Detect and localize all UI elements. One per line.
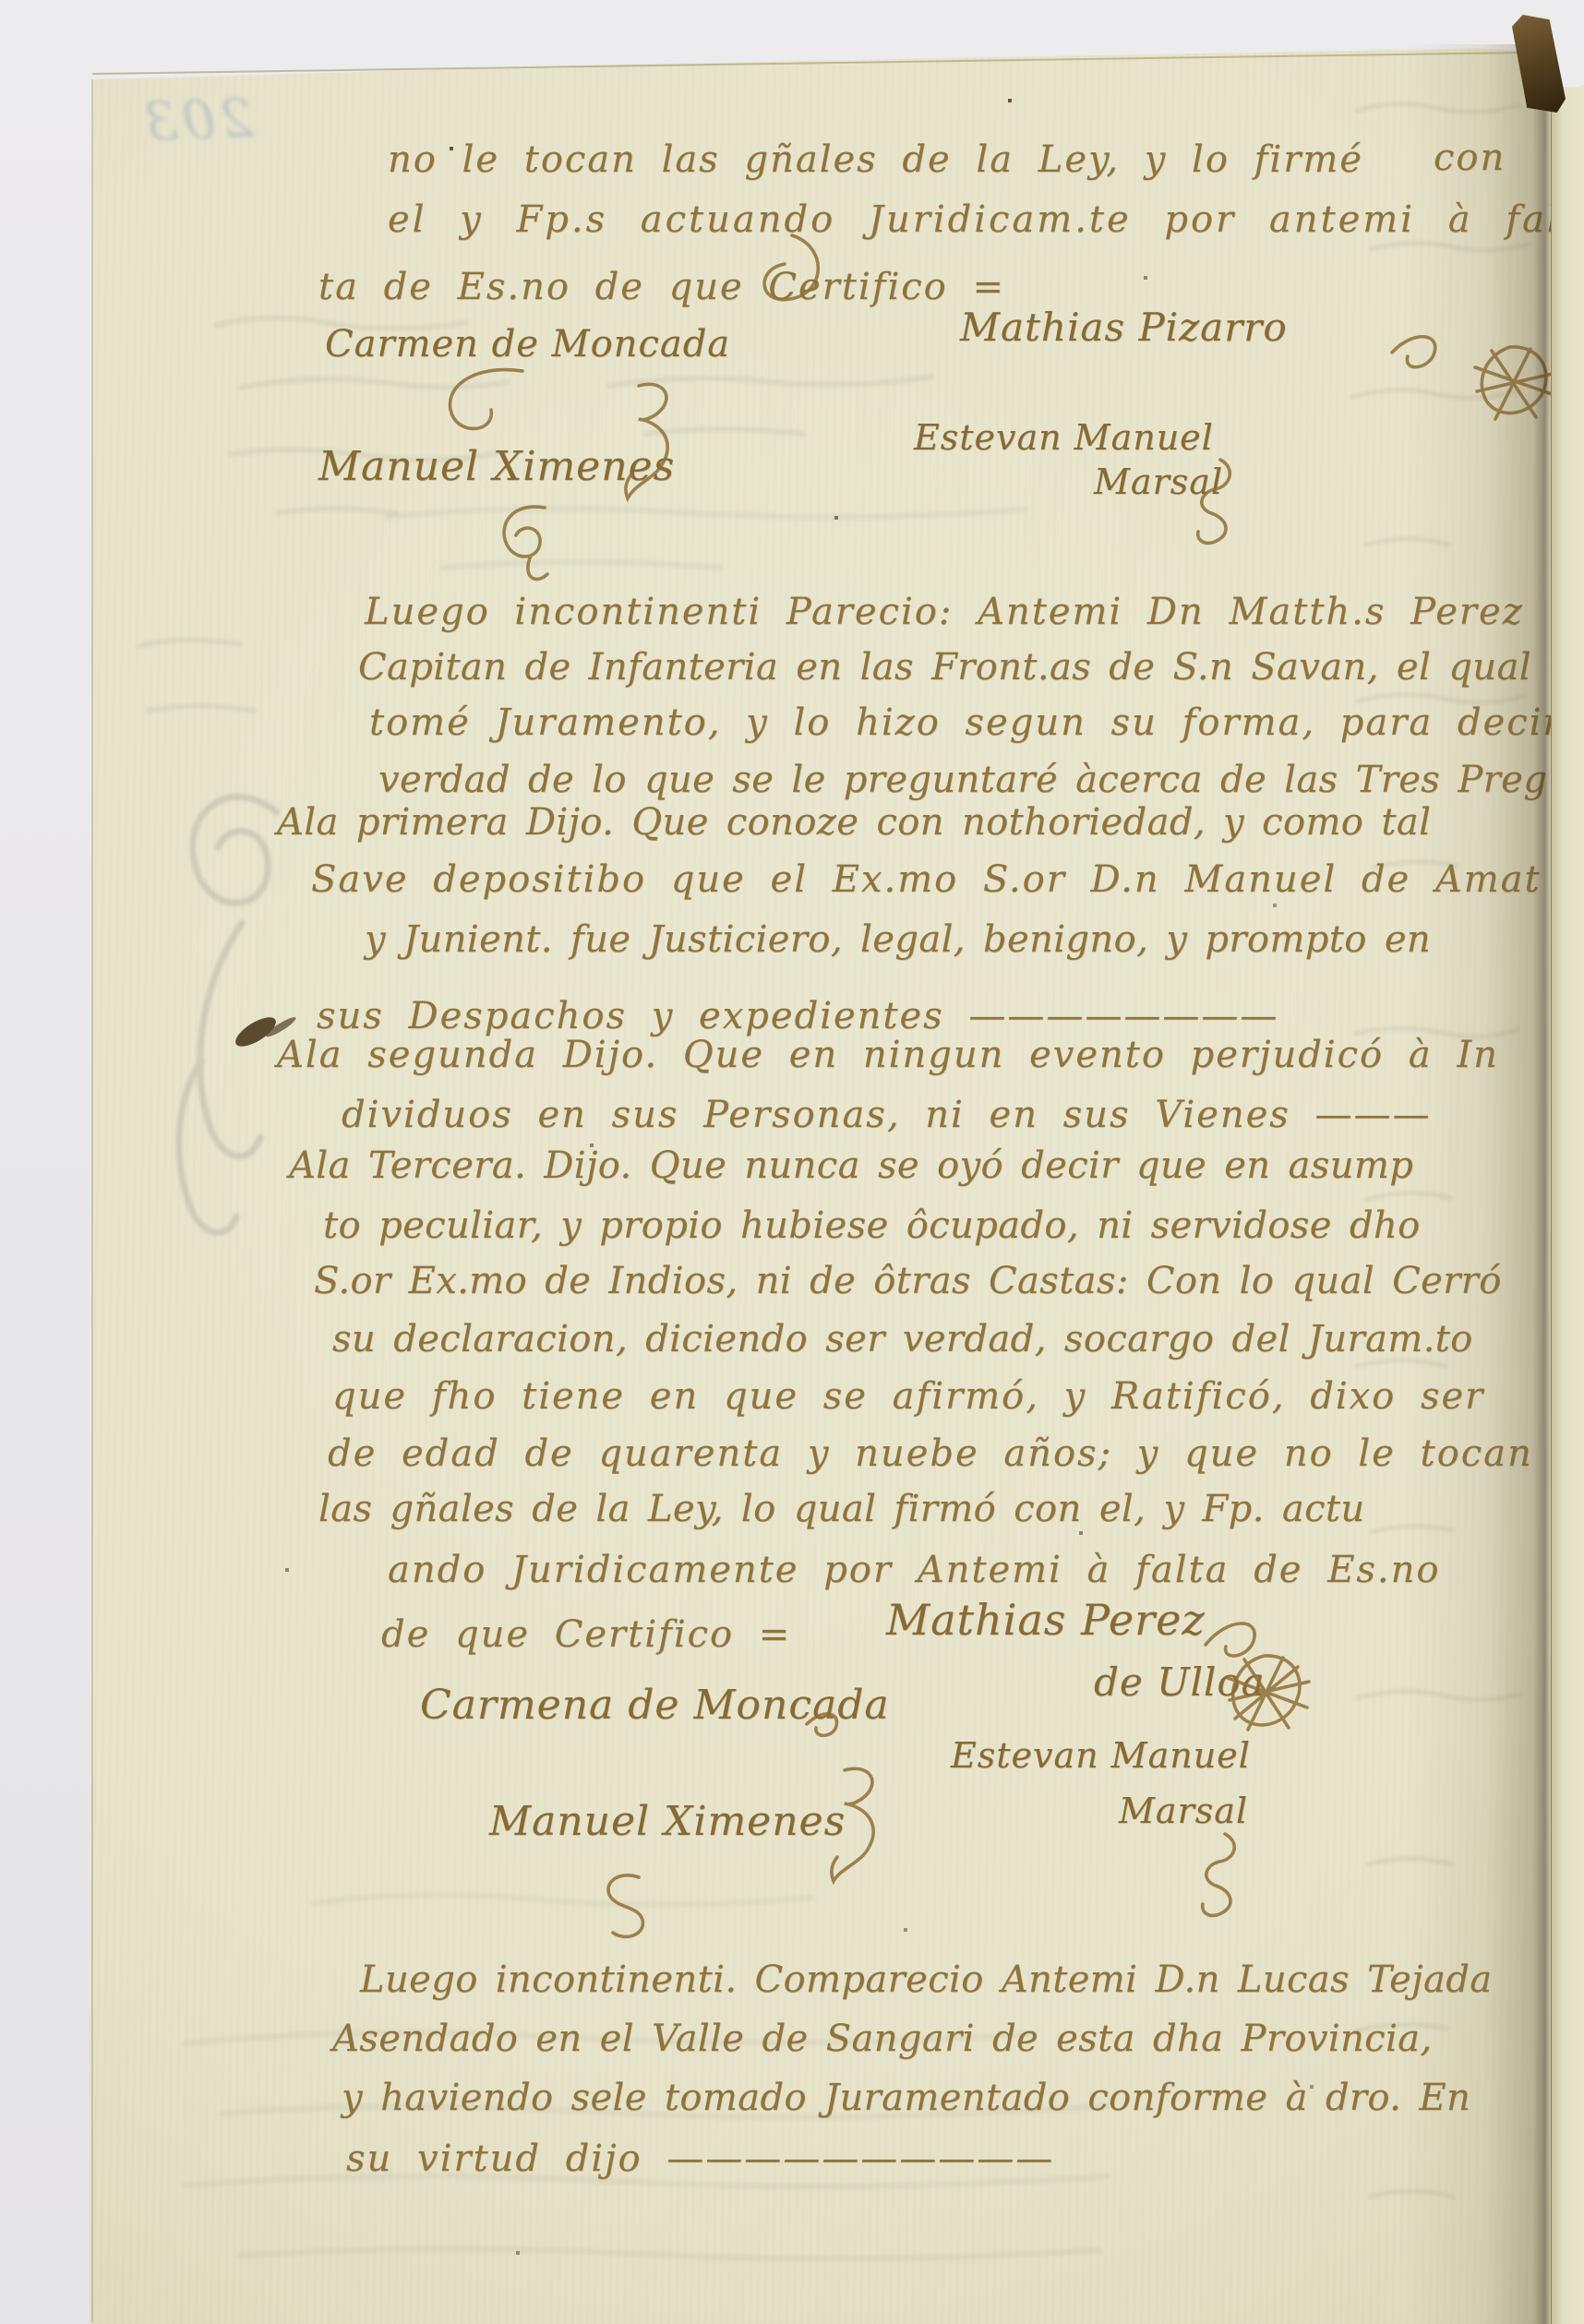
adjacent-page-edge [1551, 85, 1584, 2324]
manuscript-line: Ala primera Dijo. Que conoze con nothori… [277, 801, 1431, 844]
manuscript-line: de edad de quarenta y nuebe años; y que … [328, 1432, 1533, 1475]
manuscript-line: S.or Ex.mo de Indios, ni de ôtras Castas… [314, 1260, 1502, 1302]
signature-marsal-2: Marsal [1119, 1791, 1248, 1831]
signature-carmena-de-moncada: Carmena de Moncada [420, 1682, 890, 1729]
manuscript-line: ando Juridicamente por Antemi à falta de… [388, 1549, 1440, 1591]
manuscript-line: no le tocan las gñales de la Ley, y lo f… [388, 138, 1363, 181]
manuscript-line: y Junient. fue Justiciero, legal, benign… [365, 918, 1431, 961]
signature-mathias-perez: Mathias Perez [886, 1595, 1206, 1645]
manuscript-line: Asendado en el Valle de Sangari de esta … [332, 2018, 1433, 2060]
manuscript-line: ta de Es.no de que Certifico = [318, 266, 1005, 308]
signature-estevan-manuel: Estevan Manuel [914, 417, 1214, 458]
manuscript-scan: 203 no le tocan las gñales de la Ley, y … [0, 0, 1584, 2324]
manuscript-line: Luego incontinenti Parecio: Antemi Dn Ma… [365, 591, 1524, 633]
manuscript-line: Capitan de Infanteria en las Front.as de… [358, 646, 1531, 689]
manuscript-line: de que Certifico = [381, 1613, 791, 1656]
paper-left-edge [91, 79, 93, 2322]
signature-mathias-pizarro: Mathias Pizarro [960, 305, 1288, 350]
signature-manuel-ximenes-2: Manuel Ximenes [489, 1798, 846, 1845]
signature-manuel-ximenes: Manuel Ximenes [318, 443, 675, 490]
manuscript-line: Luego incontinenti. Comparecio Antemi D.… [360, 1959, 1492, 2001]
manuscript-line: Ala Tercera. Dijo. Que nunca se oyó deci… [289, 1144, 1413, 1187]
signature-de-ulloa: de Ulloa [1094, 1659, 1266, 1705]
manuscript-line: y haviendo sele tomado Juramentado confo… [342, 2077, 1470, 2119]
manuscript-line: Ala segunda Dijo. Que en ningun evento p… [277, 1034, 1499, 1076]
manuscript-line: el y Fp.s actuando Juridicam.te por ante… [388, 198, 1562, 241]
manuscript-line: que fho tiene en que se afirmó, y Ratifi… [332, 1375, 1484, 1418]
signature-marsal: Marsal [1094, 461, 1223, 502]
manuscript-line: sus Despachos y expedientes ———————— [317, 995, 1278, 1037]
manuscript-line: Save depositibo que el Ex.mo S.or D.n Ma… [311, 858, 1542, 901]
manuscript-line: su virtud dijo —————————— [346, 2138, 1054, 2180]
manuscript-line: su declaracion, diciendo ser verdad, soc… [332, 1318, 1473, 1360]
signature-carmen-de-moncada: Carmen de Moncada [325, 323, 730, 365]
manuscript-line: tomé Juramento, y lo hizo segun su forma… [369, 701, 1563, 744]
ink-specks [0, 0, 2, 2]
manuscript-line: dividuos en sus Personas, ni en sus Vien… [342, 1094, 1432, 1136]
page-fold-gutter [1403, 44, 1551, 2324]
manuscript-line: las gñales de la Ley, lo qual firmó con … [318, 1488, 1365, 1530]
folio-number-bleedthrough: 203 [139, 87, 255, 153]
manuscript-line: to peculiar, y propio hubiese ôcupado, n… [323, 1204, 1421, 1247]
signature-estevan-manuel-2: Estevan Manuel [951, 1735, 1251, 1776]
